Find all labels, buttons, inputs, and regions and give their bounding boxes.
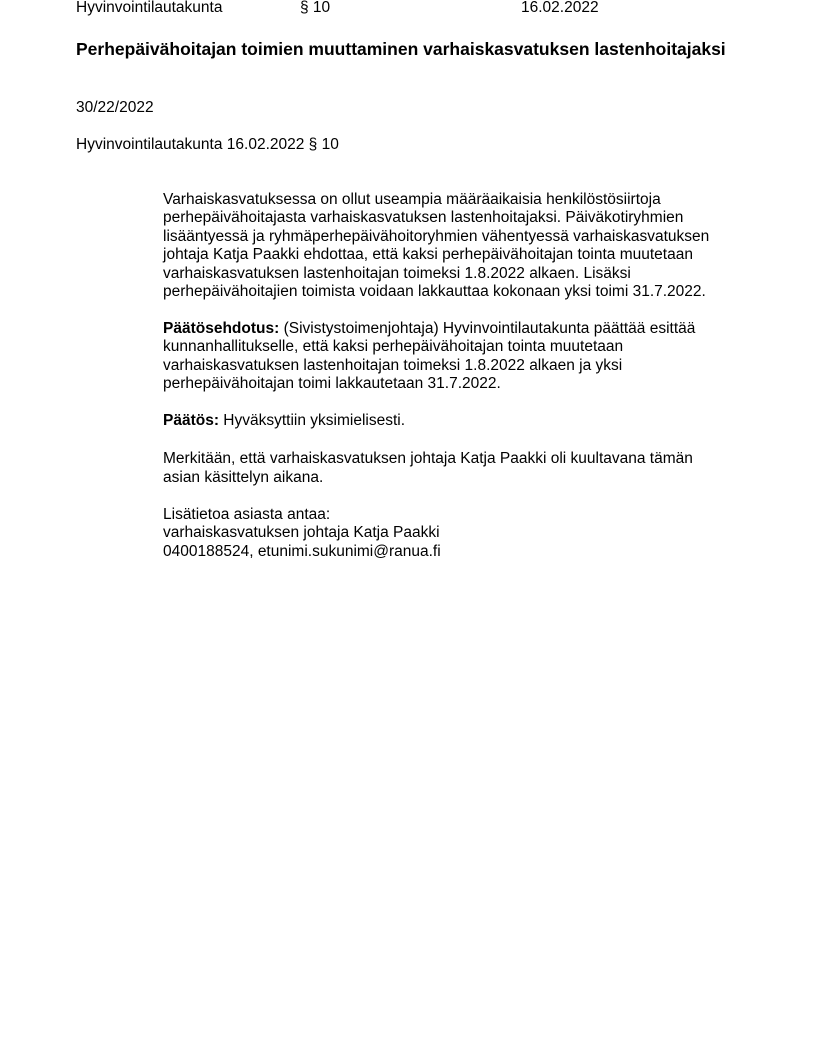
decision-text: Hyväksyttiin yksimielisesti. [219, 412, 405, 429]
header-date: 16.02.2022 [521, 0, 599, 18]
note-paragraph: Merkitään, että varhaiskasvatuksen johta… [163, 449, 743, 488]
decision-label: Päätös: [163, 412, 219, 429]
decision-paragraph: Päätös: Hyväksyttiin yksimielisesti. [163, 412, 743, 430]
header-board-name: Hyvinvointilautakunta [76, 0, 222, 18]
case-number: 30/22/2022 [76, 98, 154, 118]
contact-paragraph: Lisätietoa asiasta antaa: varhaiskasvatu… [163, 506, 743, 561]
proposal-paragraph: Päätösehdotus: (Sivistystoimenjohtaja) H… [163, 320, 743, 394]
document-title: Perhepäivähoitajan toimien muuttaminen v… [76, 38, 736, 60]
proposal-label: Päätösehdotus: [163, 320, 279, 337]
header-section-number: § 10 [300, 0, 330, 18]
meeting-reference: Hyvinvointilautakunta 16.02.2022 § 10 [76, 135, 339, 155]
background-paragraph: Varhaiskasvatuksessa on ollut useampia m… [163, 191, 743, 301]
document-body: Varhaiskasvatuksessa on ollut useampia m… [163, 191, 743, 580]
page-header: Hyvinvointilautakunta § 10 16.02.2022 [0, 0, 816, 18]
